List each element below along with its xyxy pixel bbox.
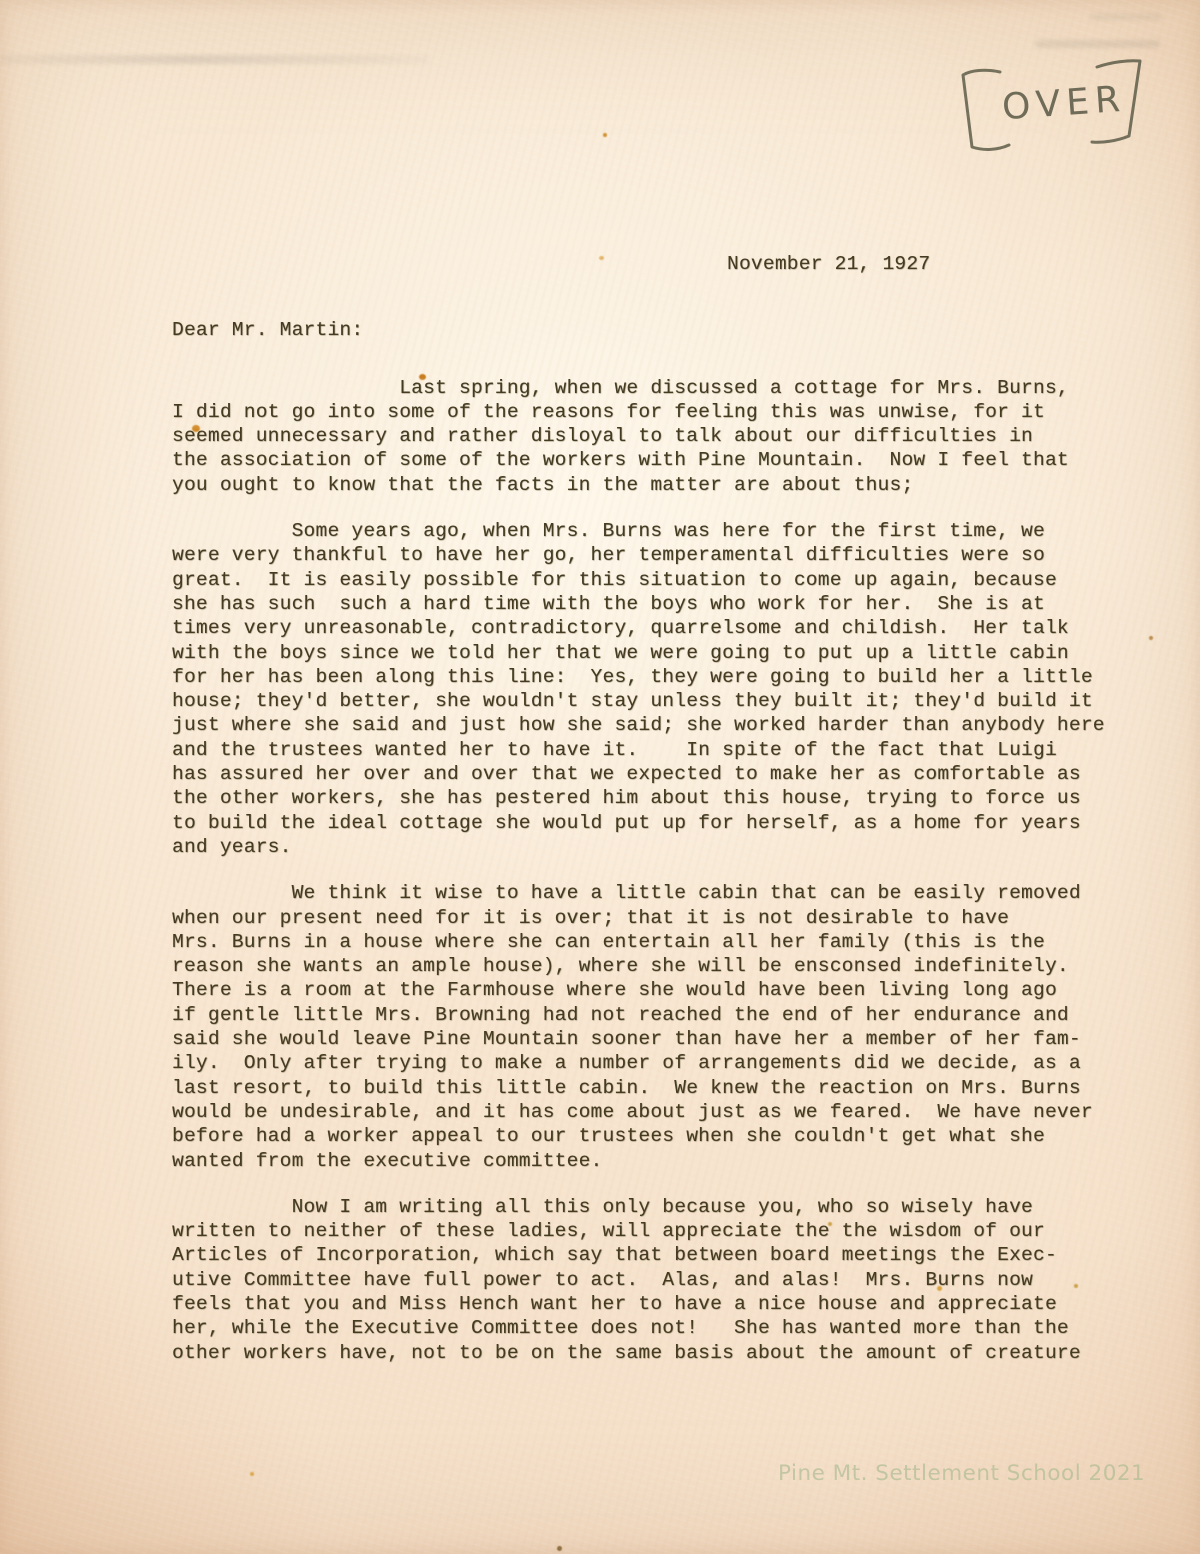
- watermark: Pine Mt. Settlement School 2021: [778, 1461, 1145, 1486]
- paragraph-3: We think it wise to have a little cabin …: [172, 881, 1132, 1173]
- ink-speck: [1149, 636, 1153, 640]
- over-annotation-text: OVER: [1001, 79, 1128, 129]
- scanned-letter-page: OVER November 21, 1927 Dear Mr. Martin: …: [0, 0, 1200, 1554]
- paragraph-2: Some years ago, when Mrs. Burns was here…: [172, 519, 1132, 859]
- ink-speck: [557, 1546, 562, 1551]
- ink-speck: [250, 1472, 254, 1476]
- letter-content: November 21, 1927 Dear Mr. Martin: Last …: [172, 252, 1132, 1365]
- paragraph-4: Now I am writing all this only because y…: [172, 1195, 1132, 1365]
- pencil-smudge: [0, 55, 430, 64]
- pencil-smudge: [1090, 14, 1162, 20]
- letter-date: November 21, 1927: [727, 252, 1132, 276]
- ink-speck: [603, 133, 607, 137]
- pencil-smudge: [1035, 40, 1160, 48]
- over-annotation: OVER: [950, 55, 1162, 163]
- salutation: Dear Mr. Martin:: [172, 318, 1132, 342]
- paragraph-1: Last spring, when we discussed a cottage…: [172, 376, 1132, 497]
